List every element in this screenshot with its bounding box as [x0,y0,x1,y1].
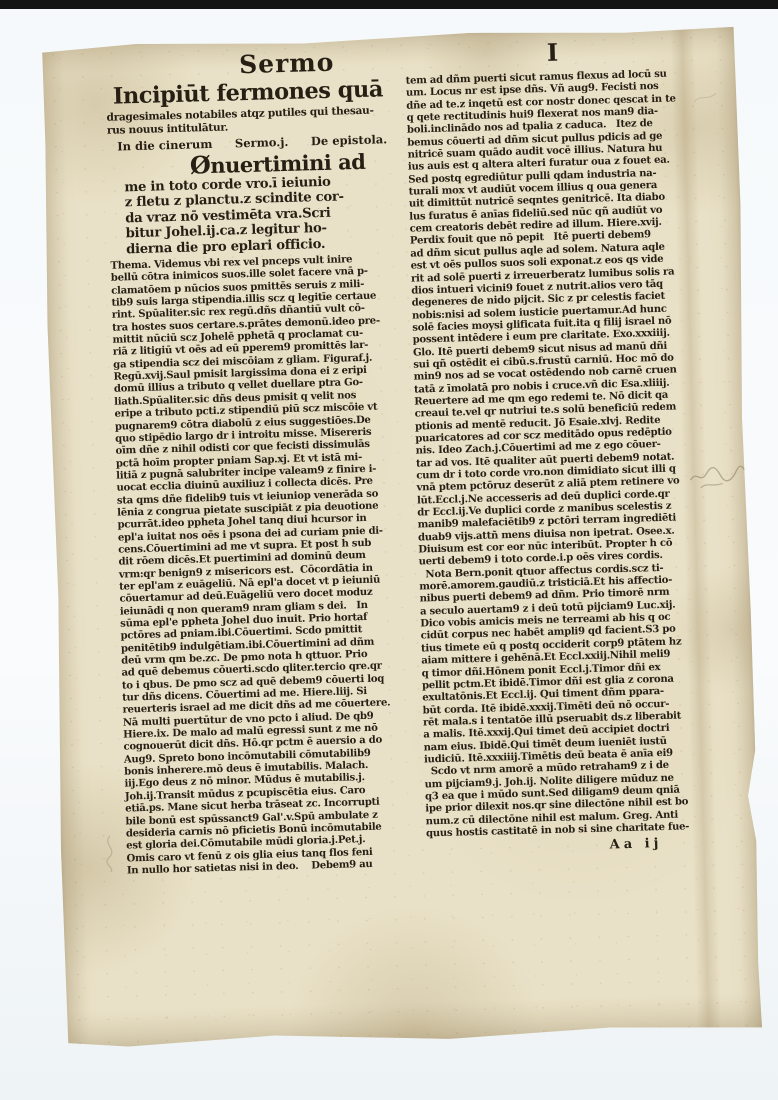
sermon-opening: Ønuertimini ad me in toto corde vro.ī ie… [124,148,395,257]
rubric-sermon-number: Sermo.j. [235,135,289,150]
left-column: Incipiūt fermones quā dragesimales notab… [106,76,411,878]
opening-lines: me in toto corde vro.ī ieiunio z fletu z… [124,173,394,257]
right-column: tem ad dñm puerti sicut ramus flexus ad … [405,68,710,870]
running-head: Sermo [239,48,335,80]
opening-word: nuertimini ad [210,149,366,178]
incipit-subtitle: dragesimales notabiles atqz putiles qui … [106,104,391,137]
left-column-text: Thema. Videmus vbi rex vel pnceps vult i… [110,253,411,878]
faint-pen-mark-icon [692,89,718,106]
text-block: Incipiūt fermones quā dragesimales notab… [106,68,711,878]
folio-number: I [547,38,559,67]
handwritten-flourish-icon [100,834,121,875]
rubric-source: De epistola. [311,132,388,148]
photo-top-band [0,0,778,9]
incunabula-page: Sermo I Incipiūt fermones quā dragesimal… [38,25,763,1052]
decorated-initial: Ø [189,150,210,180]
right-column-text: tem ad dñm puerti sicut ramus flexus ad … [405,68,710,841]
